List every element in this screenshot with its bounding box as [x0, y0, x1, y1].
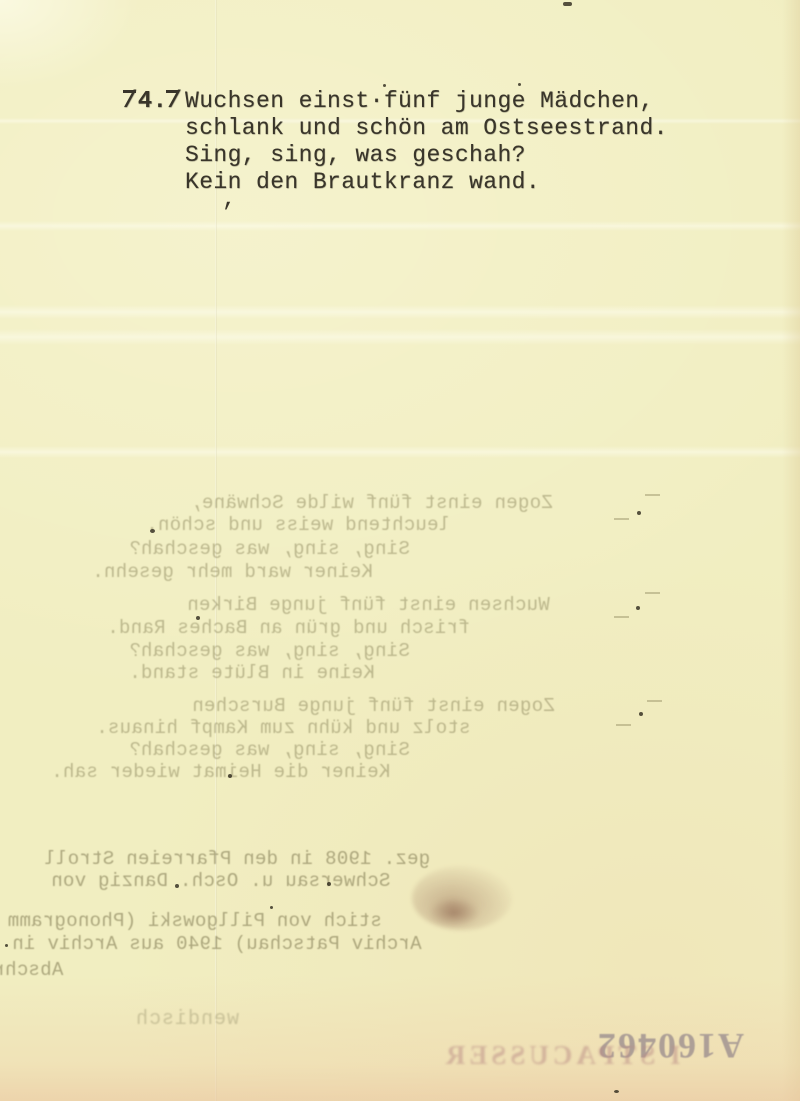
bleedthrough-bracket-mark: [614, 494, 660, 520]
bleedthrough-line: frisch und grün an Baches Rand.: [107, 618, 470, 638]
ink-speck: [196, 616, 200, 620]
ink-speck: [518, 83, 521, 86]
ink-speck: [383, 84, 386, 87]
typed-stray-comma: ,: [222, 186, 236, 213]
bleedthrough-source-line: Archiv Patschau) 1940 aus Archiv in: [12, 934, 422, 954]
verse-line: Sing, sing, was geschah?: [185, 142, 668, 169]
ink-speck: [5, 944, 8, 947]
paper-streak: [0, 329, 800, 345]
bleedthrough-line: Sing, sing, was geschah?: [129, 641, 410, 661]
ink-speck: [639, 712, 643, 716]
paper-edge-shade: [782, 0, 800, 1101]
ink-speck: [175, 884, 179, 888]
ink-speck: [270, 906, 273, 909]
scanned-document-page: { "front": { "verse_number": "/4./", "li…: [0, 0, 800, 1101]
verse-number: /4./: [123, 88, 185, 115]
paper-streak: [0, 446, 800, 458]
bleedthrough-name-stamp: I STPACUSSER: [442, 1040, 681, 1071]
ink-speck: [228, 774, 232, 778]
bleedthrough-source-line: gez. 1908 in den Pfarreien Stroll: [44, 849, 430, 869]
bleedthrough-line: Zogen einst fünf wilde Schwäne,: [190, 493, 553, 513]
paper-streak: [0, 221, 800, 231]
bleedthrough-wendisch-stamp: wendisch: [135, 1008, 239, 1031]
verse-line: Kein den Brautkranz wand.: [185, 169, 668, 196]
bleedthrough-line: leuchtend weiss und schön.: [146, 515, 450, 535]
bleedthrough-line: Keine in Blüte stand.: [129, 663, 375, 683]
bleedthrough-line: Keiner die Heimat wieder sah.: [51, 762, 390, 782]
bleedthrough-line: Sing, sing, was geschah?: [129, 539, 410, 559]
bleedthrough-source-line: Abschrift: [0, 960, 63, 980]
bleedthrough-line: Sing, sing, was geschah?: [129, 740, 410, 760]
bleedthrough-line: stolz und kühn zum Kampf hinaus.: [96, 718, 470, 738]
typed-verse-block: /4./ Wuchsen einst·fünf junge Mädchen, s…: [123, 88, 668, 196]
ink-speck: [614, 1090, 619, 1093]
bleedthrough-line: Keiner ward mehr gesehn.: [92, 562, 373, 582]
paper-streak: [0, 305, 800, 319]
scan-corner-highlight: [0, 0, 140, 90]
ink-smudge: [428, 898, 480, 928]
ink-speck: [637, 511, 641, 515]
bleedthrough-line: Zogen einst fünf junge Burschen: [192, 696, 555, 716]
verse-line: schlank und schön am Ostseestrand.: [185, 115, 668, 142]
bleedthrough-bracket-mark: [614, 592, 660, 618]
verse-lines: Wuchsen einst·fünf junge Mädchen, schlan…: [185, 88, 668, 196]
ink-speck: [563, 2, 572, 6]
ink-speck: [636, 606, 640, 610]
verse-line: Wuchsen einst·fünf junge Mädchen,: [185, 88, 668, 115]
bleedthrough-source-line: Schwersau u. Osch. Danzig von: [51, 871, 390, 891]
bleedthrough-line: Wuchsen einst fünf junge Birken: [187, 595, 550, 615]
ink-speck: [327, 882, 331, 886]
ink-speck: [150, 529, 155, 533]
bleedthrough-source-line: stich von Pillgowski (Phonogramm =: [0, 911, 382, 931]
